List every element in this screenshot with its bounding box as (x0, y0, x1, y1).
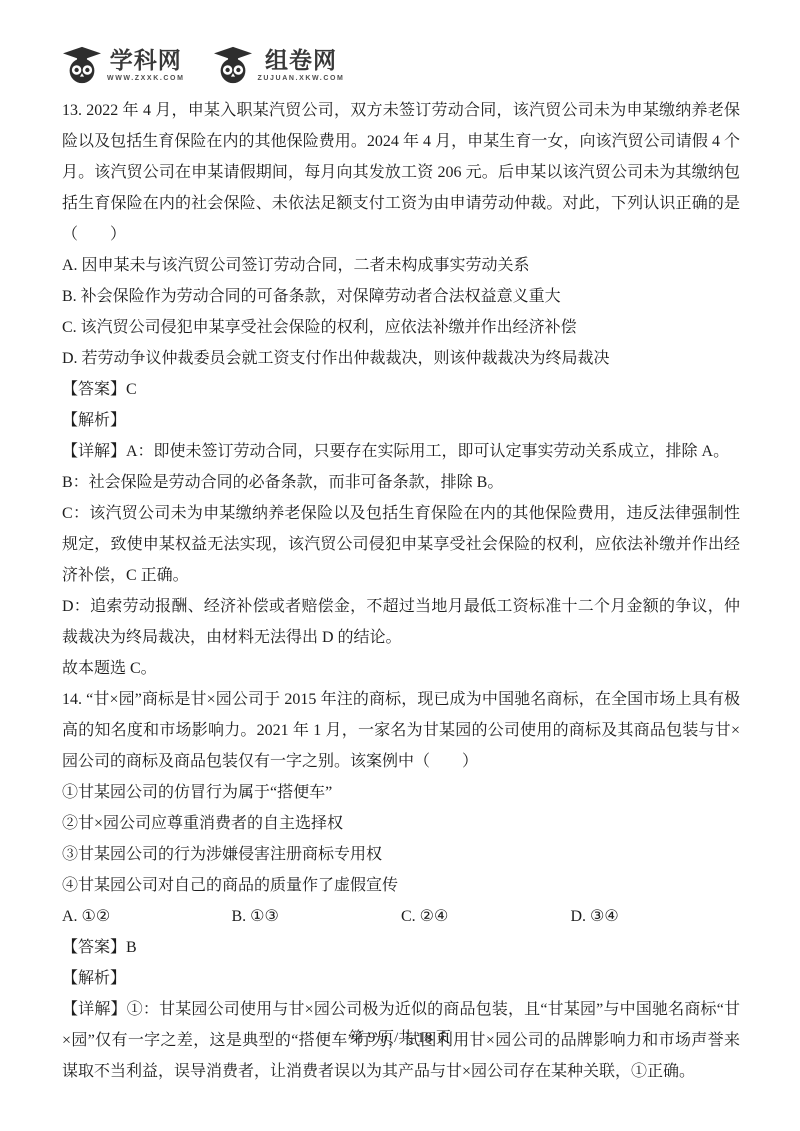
q14-item-2: ②甘×园公司应尊重消费者的自主选择权 (62, 808, 740, 839)
q13-detail-b: B：社会保险是劳动合同的必备条款，而非可备条款，排除 B。 (62, 467, 740, 498)
q13-option-a: A. 因申某未与该汽贸公司签订劳动合同，二者未构成事实劳动关系 (62, 250, 740, 281)
q13-detail-d: D：追索劳动报酬、经济补偿或者赔偿金，不超过当地月最低工资标准十二个月金额的争议… (62, 591, 740, 653)
q14-choice-b: B. ①③ (232, 901, 402, 932)
q13-option-b: B. 补会保险作为劳动合同的可备条款，对保障劳动者合法权益意义重大 (62, 281, 740, 312)
logo-zxxk: 学科网 www.zxxk.com (62, 46, 185, 84)
logo-url: zujuan.xkw.com (258, 75, 345, 82)
q14-choice-a: A. ①② (62, 901, 232, 932)
q13-detail-a: 【详解】A：即使未签订劳动合同，只要存在实际用工，即可认定事实劳动关系成立，排除… (62, 436, 740, 467)
q14-item-1: ①甘某园公司的仿冒行为属于“搭便车” (62, 777, 740, 808)
logo-name: 学科网 (110, 49, 182, 72)
q13-analysis-label: 【解析】 (62, 405, 740, 436)
document-page: 学科网 www.zxxk.com 组卷网 zujuan.xkw.com 13. … (0, 0, 800, 1131)
q13-detail-c: C：该汽贸公司未为申某缴纳养老保险以及包括生育保险在内的其他保险费用，违反法律强… (62, 498, 740, 591)
logo-header: 学科网 www.zxxk.com 组卷网 zujuan.xkw.com (62, 46, 345, 84)
page-number: 第 9 页/共 18 页 (349, 1030, 451, 1046)
logo-name: 组卷网 (265, 49, 337, 72)
q14-stem: 14. “甘×园”商标是甘×园公司于 2015 年注的商标，现已成为中国驰名商标… (62, 684, 740, 777)
q14-choices-row: A. ①② B. ①③ C. ②④ D. ③④ (62, 901, 740, 932)
page-content: 13. 2022 年 4 月，申某入职某汽贸公司，双方未签订劳动合同，该汽贸公司… (62, 95, 740, 1087)
page-footer: 第 9 页/共 18 页 (0, 1026, 800, 1047)
logo-text-block: 组卷网 zujuan.xkw.com (258, 49, 345, 82)
logo-zujuan: 组卷网 zujuan.xkw.com (213, 46, 345, 84)
q14-item-4: ④甘某园公司对自己的商品的质量作了虚假宣传 (62, 870, 740, 901)
q14-choice-d: D. ③④ (571, 901, 741, 932)
q13-stem: 13. 2022 年 4 月，申某入职某汽贸公司，双方未签订劳动合同，该汽贸公司… (62, 95, 740, 250)
owl-mascot-icon (213, 46, 253, 84)
q14-item-3: ③甘某园公司的行为涉嫌侵害注册商标专用权 (62, 839, 740, 870)
logo-url: www.zxxk.com (107, 75, 185, 82)
q13-option-d: D. 若劳动争议仲裁委员会就工资支付作出仲裁裁决，则该仲裁裁决为终局裁决 (62, 343, 740, 374)
q14-choice-c: C. ②④ (401, 901, 571, 932)
q14-analysis-label: 【解析】 (62, 963, 740, 994)
q13-answer: 【答案】C (62, 374, 740, 405)
q13-conclusion: 故本题选 C。 (62, 653, 740, 684)
q13-option-c: C. 该汽贸公司侵犯申某享受社会保险的权利，应依法补缴并作出经济补偿 (62, 312, 740, 343)
q14-answer: 【答案】B (62, 932, 740, 963)
owl-mascot-icon (62, 46, 102, 84)
logo-text-block: 学科网 www.zxxk.com (107, 49, 185, 82)
